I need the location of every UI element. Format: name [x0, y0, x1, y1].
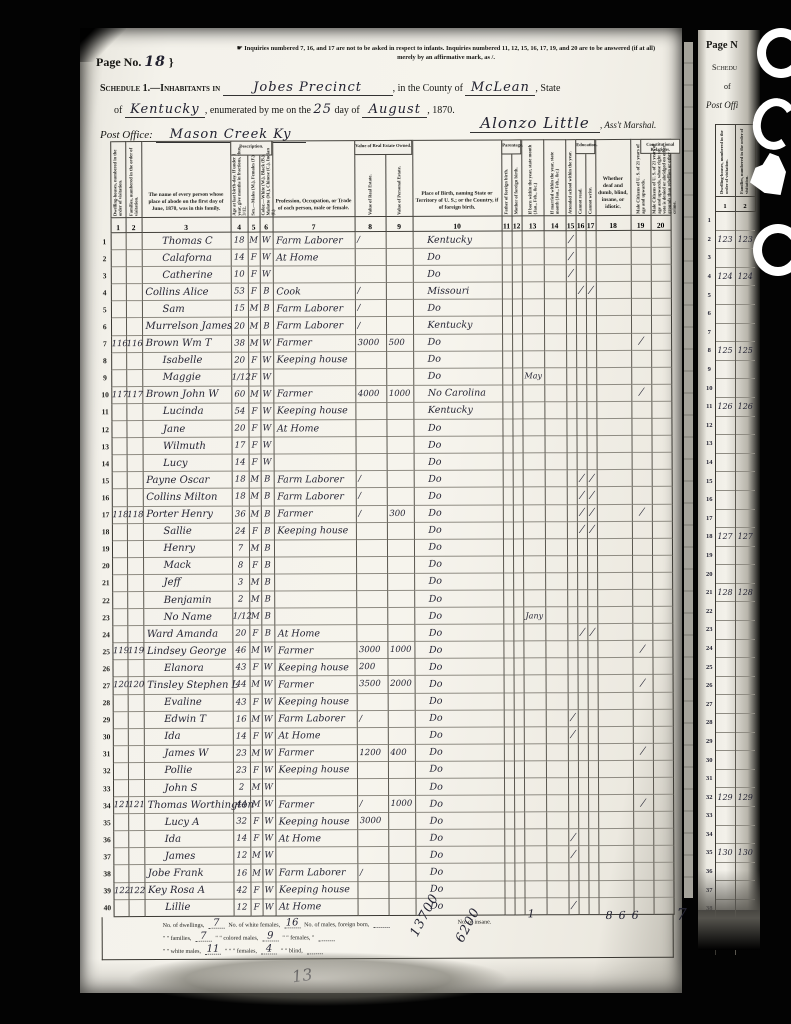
deaf-dumb-cell [596, 282, 631, 299]
color-cell: W [260, 369, 273, 386]
occupation-cell [274, 608, 356, 625]
birth-month-cell [524, 692, 546, 709]
occupation-cell: Farmer [274, 642, 356, 659]
age-cell: 12 [233, 847, 250, 864]
sex-cell: F [249, 557, 261, 574]
birthplace-cell: Do [414, 556, 503, 573]
deaf-dumb-cell [596, 316, 631, 333]
father-foreign-cell [504, 744, 514, 761]
birthplace-cell: Kentucky [413, 316, 502, 333]
deaf-dumb-cell [596, 367, 631, 384]
deaf-dumb-cell [597, 641, 632, 658]
sex-cell: F [249, 454, 261, 471]
name-cell: No Name [143, 608, 232, 625]
census-row: 13 Wilmuth 17 F W Do [100, 435, 672, 455]
next-dwelling-cell [715, 825, 735, 844]
next-family-cell: 125 [735, 342, 755, 361]
sex-cell: F [250, 830, 262, 847]
age-cell: 16 [233, 711, 250, 728]
male-citizen-cell [630, 453, 654, 470]
dwelling-number-cell [112, 575, 127, 592]
mother-foreign-cell [513, 539, 523, 556]
real-estate-cell: / [357, 710, 388, 727]
next-sheet-row: 30 [704, 751, 755, 770]
deaf-dumb-cell [597, 453, 632, 470]
personal-estate-cell [388, 813, 415, 830]
male-citizen-cell [630, 589, 654, 606]
column-number: 18 [596, 215, 631, 230]
color-cell: B [261, 523, 274, 540]
occupation-cell: Cook [273, 283, 355, 300]
dwelling-number-cell [113, 694, 128, 711]
age-cell: 23 [233, 762, 250, 779]
deaf-dumb-cell [597, 521, 632, 538]
occupation-cell: Farm Laborer [274, 471, 356, 488]
father-foreign-cell [504, 727, 514, 744]
vote-denied-cell [653, 863, 673, 880]
male-citizen-cell [631, 760, 655, 777]
next-family-cell [735, 453, 755, 472]
age-cell: 43 [233, 694, 250, 711]
name-cell: Maggie [142, 369, 231, 386]
column-number: 11 [502, 216, 512, 231]
column-number: 8 [355, 216, 386, 231]
father-foreign-cell [502, 351, 512, 368]
male-citizen-cell [629, 230, 653, 247]
citizen-total: 7 [677, 904, 687, 923]
mother-foreign-cell [512, 385, 522, 402]
personal-estate-cell [386, 368, 413, 385]
mother-foreign-cell [512, 265, 522, 282]
family-number-cell: 121 [128, 797, 144, 814]
next-sheet-row: 36 [704, 862, 755, 881]
birth-month-cell [524, 880, 546, 897]
personal-estate-cell [388, 847, 415, 864]
next-family-cell: 130 [735, 844, 755, 863]
sex-cell: F [250, 882, 262, 899]
personal-estate-cell [387, 522, 414, 539]
color-cell: B [260, 317, 273, 334]
sex-cell: M [249, 608, 261, 625]
name-cell: Key Rosa A [144, 882, 233, 899]
next-family-cell [735, 751, 755, 770]
cannot-read-total: 6 [619, 909, 626, 922]
real-estate-cell [356, 608, 387, 625]
father-foreign-cell [503, 539, 513, 556]
color-cell: W [262, 676, 275, 693]
birth-month-cell [522, 316, 544, 333]
footer-label: " " females, " [282, 935, 314, 941]
color-cell: W [261, 454, 274, 471]
male-citizen-cell: / [631, 675, 655, 692]
next-sheet-row: 40 [704, 937, 755, 955]
deaf-dumb-cell [596, 350, 631, 367]
occupation-cell [274, 454, 356, 471]
dwelling-number-cell [112, 523, 127, 540]
real-estate-cell [356, 539, 387, 556]
deaf-dumb-cell [597, 658, 632, 675]
state-suffix: , State [535, 83, 560, 94]
vote-denied-cell [653, 794, 673, 811]
family-number-cell [126, 250, 142, 267]
deaf-dumb-cell [598, 709, 633, 726]
mother-foreign-cell [512, 282, 522, 299]
marriage-month-cell [545, 436, 567, 453]
next-dwelling-cell: 130 [715, 844, 735, 863]
next-dwelling-cell [715, 639, 735, 658]
real-estate-cell: / [355, 317, 386, 334]
next-sheet-row: 19 [704, 546, 755, 565]
family-number-cell [128, 694, 144, 711]
family-number-cell [127, 609, 143, 626]
family-number-cell [127, 523, 143, 540]
family-number-cell: 120 [128, 677, 144, 694]
personal-estate-cell [389, 898, 416, 915]
family-number-cell: 116 [126, 335, 142, 352]
next-dwelling-cell [715, 751, 735, 770]
male-citizen-cell: / [631, 794, 655, 811]
age-cell: 46 [232, 642, 249, 659]
real-estate-cell [355, 249, 386, 266]
dwelling-number-cell [111, 284, 126, 301]
census-row: 40 Lillie 12 F W At Home Do / [102, 897, 674, 917]
marshal-signature-line: Alonzo Little, Ass't Marshal. [470, 114, 656, 133]
birth-month-cell [523, 573, 545, 590]
family-number-cell: 122 [128, 882, 144, 899]
personal-estate-cell [388, 710, 415, 727]
family-number-cell [126, 369, 142, 386]
next-dwelling-cell [715, 546, 735, 565]
color-cell: W [262, 847, 275, 864]
name-cell: Ida [144, 830, 233, 847]
name-cell: Ida [144, 728, 233, 745]
occupation-cell: Keeping house [274, 659, 356, 676]
name-cell: Calaforna [142, 249, 231, 266]
birthplace-cell: Do [415, 778, 504, 795]
vote-denied-cell [652, 623, 672, 640]
birth-month-cell [523, 590, 545, 607]
vote-denied-cell [652, 521, 672, 538]
birthplace-cell: Do [414, 590, 503, 607]
column-number: 10 [413, 216, 502, 231]
family-number-cell: 117 [126, 386, 142, 403]
column-number: 1 [111, 218, 126, 233]
birthplace-cell: Do [413, 334, 502, 351]
name-cell: Henry [143, 540, 232, 557]
deaf-dumb-cell [597, 504, 632, 521]
age-cell: 60 [231, 386, 248, 403]
census-row: 22 Benjamin 2 M B Do [100, 589, 672, 609]
father-foreign-cell [502, 231, 512, 248]
next-dwelling-cell: 128 [715, 583, 735, 602]
occupation-cell [275, 779, 357, 796]
vote-denied-cell [651, 333, 671, 350]
marriage-month-cell [546, 709, 568, 726]
next-sheet-row: 32129129 [704, 788, 755, 807]
next-family-cell [735, 416, 755, 435]
birth-month-cell: May [522, 368, 544, 385]
father-foreign-cell [504, 881, 514, 898]
real-estate-cell [357, 761, 388, 778]
sex-cell: M [249, 591, 261, 608]
family-number-cell [128, 728, 144, 745]
occupation-cell: Farm Laborer [273, 317, 355, 334]
family-number-cell: 118 [127, 506, 143, 523]
sex-cell: M [249, 471, 261, 488]
male-citizen-cell [629, 367, 653, 384]
next-sheet-row: 10 [704, 379, 755, 398]
personal-estate-cell [386, 266, 413, 283]
mother-foreign-cell [513, 641, 523, 658]
deaf-dumb-cell [597, 436, 632, 453]
personal-estate-cell [388, 693, 415, 710]
sex-cell: F [251, 899, 263, 916]
mother-foreign-cell [512, 248, 522, 265]
age-cell: 1/12 [231, 369, 248, 386]
family-number-cell [127, 489, 143, 506]
family-number-cell [126, 267, 142, 284]
column-number: 6 [260, 217, 273, 232]
instructions-note: ☛ Inquiries numbered 7, 16, and 17 are n… [220, 44, 672, 63]
deaf-dumb-cell [596, 333, 631, 350]
age-cell: 3 [232, 574, 249, 591]
next-dwelling-cell [715, 937, 735, 955]
family-number-cell [126, 352, 142, 369]
next-dwelling-cell [715, 621, 735, 640]
census-row: 33 John S 2 M W Do [101, 777, 673, 797]
mother-foreign-cell [513, 590, 523, 607]
marriage-month-cell [544, 282, 566, 299]
marriage-month-cell [545, 538, 567, 555]
vote-denied-cell [653, 846, 673, 863]
birth-month-cell [522, 385, 544, 402]
male-citizen-cell [632, 863, 656, 880]
age-cell: 10 [231, 266, 248, 283]
color-cell: W [261, 659, 274, 676]
marshal-label: , Ass't Marshal. [600, 120, 656, 130]
birthplace-cell: Do [413, 265, 502, 282]
marriage-month-cell [546, 692, 568, 709]
birthplace-cell: Do [415, 710, 504, 727]
birthplace-cell: Kentucky [413, 231, 502, 248]
dwelling-number-cell [111, 318, 126, 335]
vote-denied-cell [651, 230, 671, 247]
deaf-dumb-cell [598, 880, 633, 897]
real-estate-cell: 1200 [357, 744, 388, 761]
vote-denied-cell [651, 264, 671, 281]
occupation-cell: Farm Laborer [274, 488, 356, 505]
vote-denied-cell [653, 880, 673, 897]
dwelling-number-cell [113, 831, 128, 848]
footer-label: " " white males, [163, 949, 201, 955]
vote-denied-cell [652, 555, 672, 572]
birth-month-cell [524, 795, 546, 812]
sex-cell: M [249, 574, 261, 591]
real-estate-cell [356, 522, 387, 539]
personal-estate-cell [388, 864, 415, 881]
real-estate-cell [355, 351, 386, 368]
real-estate-cell: / [355, 300, 386, 317]
census-sheet: ☛ Inquiries numbered 7, 16, and 17 are n… [80, 28, 682, 993]
sex-cell: M [248, 300, 260, 317]
column-number: 14 [544, 216, 566, 231]
name-cell: Wilmuth [143, 437, 232, 454]
family-number-cell [128, 745, 144, 762]
color-cell: W [260, 232, 273, 249]
real-estate-cell: 3000 [356, 642, 387, 659]
name-cell: Sam [142, 301, 231, 318]
family-number-cell [127, 455, 143, 472]
deaf-dumb-cell [597, 606, 632, 623]
name-cell: Pollie [144, 762, 233, 779]
next-dwelling-cell [715, 304, 735, 323]
father-foreign-cell [503, 522, 513, 539]
dwelling-number-cell: 122 [113, 882, 128, 899]
vote-denied-cell [651, 367, 671, 384]
marriage-month-cell [544, 385, 566, 402]
birthplace-cell: Do [414, 539, 503, 556]
deaf-dumb-cell [596, 401, 631, 418]
personal-estate-cell [387, 437, 414, 454]
male-citizen-cell [631, 658, 655, 675]
vote-denied-cell [653, 829, 673, 846]
color-cell: W [262, 882, 275, 899]
age-cell: 7 [232, 540, 249, 557]
vote-denied-cell [652, 435, 672, 452]
sex-cell: M [248, 386, 260, 403]
dwelling-number-cell: 118 [112, 506, 127, 523]
footer-label: " " families, [163, 936, 192, 942]
next-family-cell: 127 [735, 528, 755, 547]
dwelling-number-cell [112, 557, 127, 574]
next-family-cell [735, 862, 755, 881]
next-dwelling-cell: 123 [715, 230, 735, 249]
name-cell: Thomas Worthington [144, 796, 233, 813]
sex-cell: F [248, 420, 260, 437]
age-cell: 20 [231, 352, 248, 369]
census-table-area: Description. Value of Real Estate Owned.… [98, 139, 674, 960]
age-cell: 2 [232, 591, 249, 608]
family-number-cell [126, 284, 142, 301]
vote-denied-cell [652, 658, 672, 675]
name-cell: Benjamin [143, 591, 232, 608]
sex-cell: M [249, 540, 261, 557]
dwelling-number-cell [111, 233, 126, 250]
page-curl-shadow [128, 952, 508, 1006]
mother-foreign-cell [512, 316, 522, 333]
personal-estate-cell [388, 881, 415, 898]
deaf-dumb-cell [596, 299, 631, 316]
birthplace-cell: Do [414, 573, 503, 590]
dwelling-number-cell: 119 [112, 643, 127, 660]
birth-month-cell [524, 846, 546, 863]
male-citizen-cell [630, 435, 654, 452]
next-sheet-row: 23 [704, 621, 755, 640]
census-row: 1 Thomas C 18 M W Farm Laborer / Kentuck… [99, 230, 671, 250]
census-row: 23 No Name 1/12 M B Do Jany [100, 606, 672, 626]
marriage-month-cell [545, 573, 567, 590]
birthplace-cell: Do [415, 744, 504, 761]
mother-foreign-cell [513, 556, 523, 573]
next-family-cell [735, 509, 755, 528]
marriage-month-cell [546, 778, 568, 795]
next-family-cell [735, 379, 755, 398]
sex-cell: M [250, 847, 262, 864]
dwelling-number-cell [112, 455, 127, 472]
footer-label: " " colored males, [215, 935, 258, 941]
father-foreign-cell [504, 829, 514, 846]
birth-month-cell [522, 333, 544, 350]
footer-value: 7 [195, 933, 211, 942]
father-foreign-cell [502, 402, 512, 419]
enum-label: , enumerated by me on the [205, 105, 311, 116]
footer-label: No. of dwellings, [163, 923, 205, 929]
sex-cell: M [248, 335, 260, 352]
next-dwelling-cell [715, 379, 735, 398]
next-header-row: Dwelling-houses, numbered in the order o… [704, 125, 755, 197]
father-foreign-cell [503, 487, 513, 504]
personal-estate-cell [386, 248, 413, 265]
name-cell: Edwin T [144, 711, 233, 728]
next-dwelling-cell [715, 602, 735, 621]
next-dwelling-cell [715, 862, 735, 881]
father-foreign-cell [502, 334, 512, 351]
column-header: Age at last birth-day. If under 1 year, … [230, 141, 247, 217]
next-dwelling-cell [715, 509, 735, 528]
next-sheet-row: 39131131 [704, 918, 755, 937]
next-sheet-row: 4124124 [704, 267, 755, 286]
personal-estate-cell [387, 471, 414, 488]
father-foreign-cell [504, 863, 514, 880]
family-number-cell [126, 233, 142, 250]
birth-month-cell [523, 504, 545, 521]
marriage-month-cell [546, 761, 568, 778]
sex-cell: F [250, 728, 262, 745]
age-cell: 1/12 [232, 608, 249, 625]
name-cell: Tinsley Stephen L [144, 677, 233, 694]
father-foreign-cell [504, 778, 514, 795]
occupation-cell [274, 437, 356, 454]
next-family-cell: 131 [735, 918, 755, 937]
male-citizen-cell [631, 606, 655, 623]
birthplace-cell: Do [414, 522, 503, 539]
family-number-cell [126, 403, 142, 420]
personal-estate-cell: 400 [388, 744, 415, 761]
page-no-label: Page No. [96, 55, 141, 69]
footer-stats-line2: " " families,7 " " colored males,9 " " f… [163, 932, 335, 942]
marriage-month-cell [544, 265, 566, 282]
next-sheet-row: 16 [704, 490, 755, 509]
column-number: 19 [631, 215, 651, 230]
vote-denied-cell [651, 316, 671, 333]
column-number: 20 [651, 215, 671, 230]
next-dwelling-cell [715, 435, 735, 454]
column-number: 15 [566, 216, 576, 231]
birth-month-cell [523, 538, 545, 555]
next-sheet-row: 20 [704, 565, 755, 584]
dwelling-number-cell [113, 711, 128, 728]
vote-denied-cell [652, 487, 672, 504]
sex-cell: M [250, 865, 262, 882]
marriage-month-cell [546, 846, 568, 863]
marriage-month-cell [544, 350, 566, 367]
birth-month-cell [523, 487, 545, 504]
birthplace-cell: Do [414, 607, 503, 624]
mother-foreign-cell [512, 333, 522, 350]
name-cell: Lucy [143, 454, 232, 471]
male-citizen-cell [629, 282, 653, 299]
deaf-dumb-cell [598, 812, 633, 829]
